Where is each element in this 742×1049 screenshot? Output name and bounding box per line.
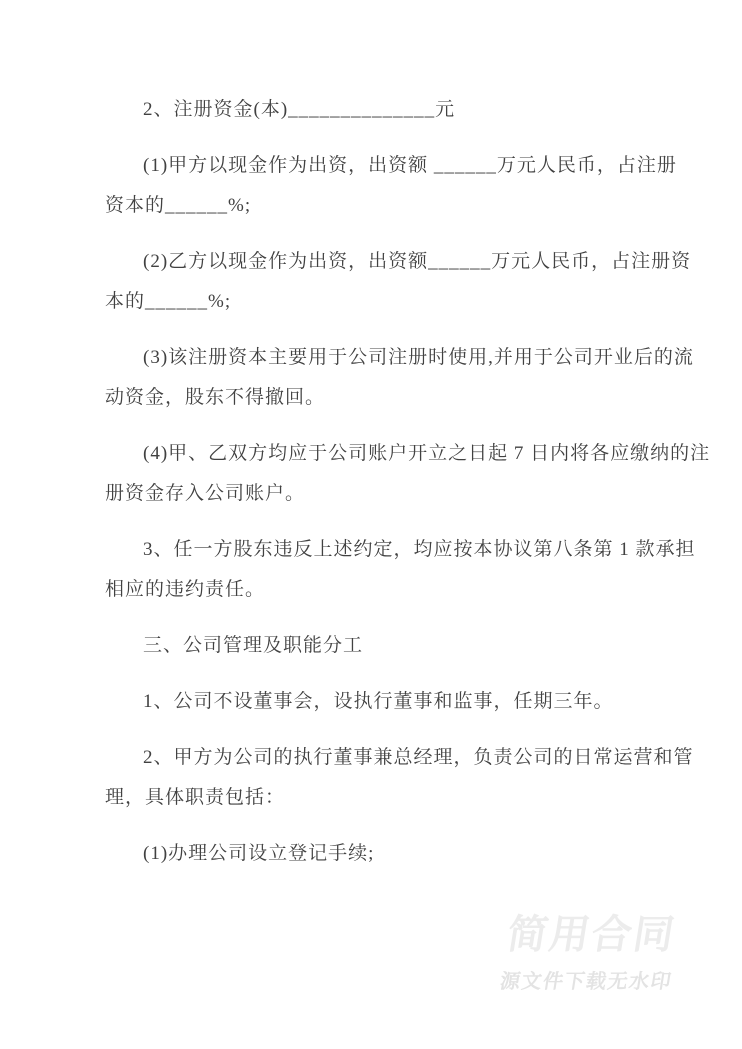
watermark-logo-text: 简用合同 [504,910,712,960]
para-party-b-contribution: (2)乙方以现金作为出资，出资额______万元人民币，占注册资 本的_____… [105,242,720,322]
para-section-heading-management: 三、公司管理及职能分工 [105,626,720,666]
watermark-tagline-text: 源文件下载无水印 [499,970,702,992]
para-capital-usage: (3)该注册资本主要用于公司注册时使用,并用于公司开业后的流 动资金，股东不得撤… [105,338,720,418]
para-breach-liability: 3、任一方股东违反上述约定，均应按本协议第八条第 1 款承担 相应的违约责任。 [105,530,720,610]
watermark: 简用合同 源文件下载无水印 [499,910,712,992]
document-page: 2、注册资金(本)______________元(1)甲方以现金作为出资，出资额… [0,0,742,1049]
para-party-a-role: 2、甲方为公司的执行董事兼总经理，负责公司的日常运营和管 理，具体职责包括： [105,738,720,818]
para-duty-registration: (1)办理公司设立登记手续; [105,834,720,874]
para-party-a-contribution: (1)甲方以现金作为出资，出资额 ______万元人民币，占注册 资本的____… [105,146,720,226]
para-no-board: 1、公司不设董事会，设执行董事和监事，任期三年。 [105,682,720,722]
para-capital-deposit: (4)甲、乙双方均应于公司账户开立之日起 7 日内将各应缴纳的注 册资金存入公司… [105,434,720,514]
contract-body: 2、注册资金(本)______________元(1)甲方以现金作为出资，出资额… [105,90,720,890]
para-registered-capital: 2、注册资金(本)______________元 [105,90,720,130]
